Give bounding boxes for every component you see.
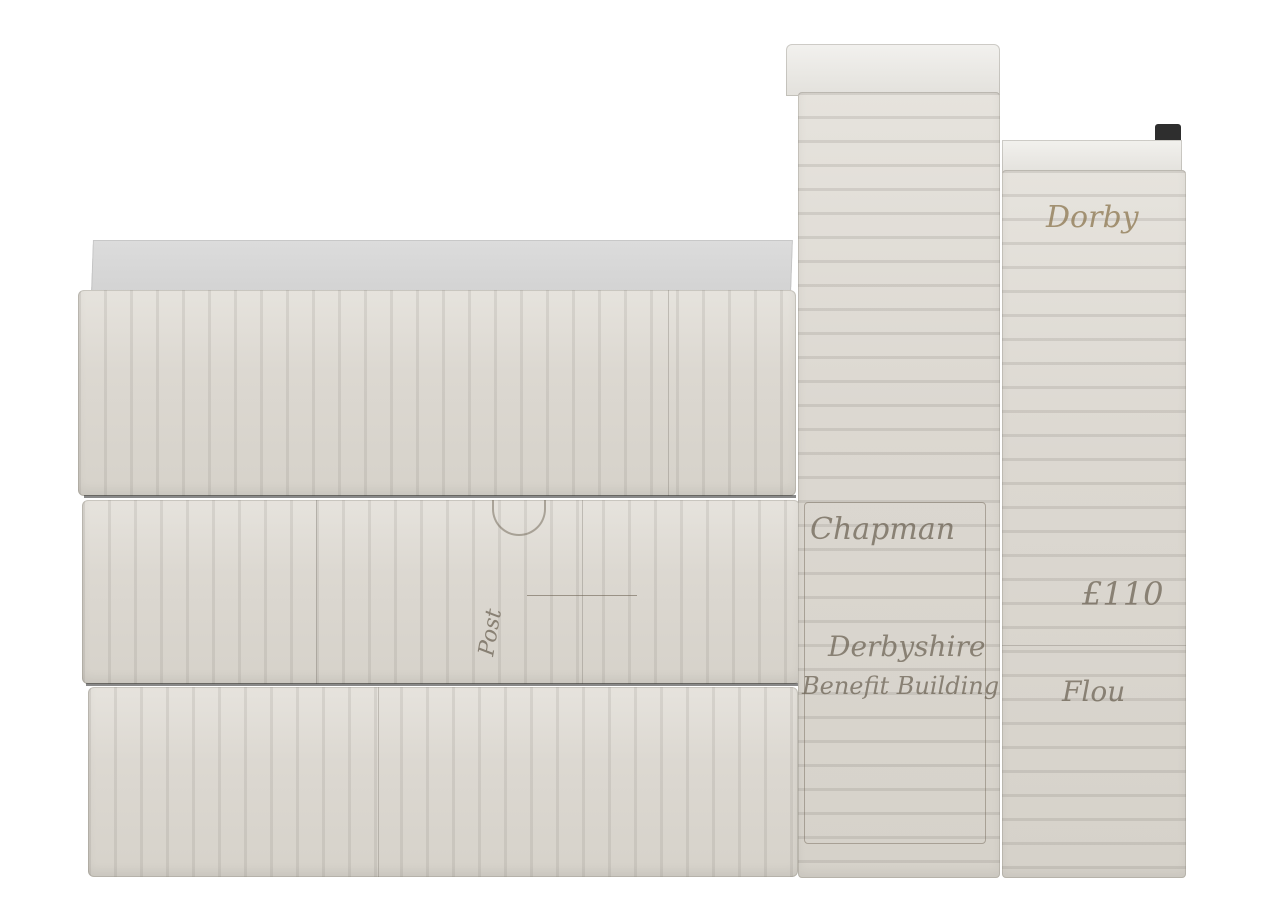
- script-amount: £110: [1082, 575, 1163, 613]
- handwriting-texture: [78, 290, 796, 496]
- paper-fold: [582, 500, 583, 684]
- script-flou: Flou: [1062, 675, 1125, 708]
- handwriting-texture: [88, 687, 798, 877]
- script-derbyshire: Derbyshire: [828, 630, 985, 663]
- tall-book-page-edge: [786, 44, 1000, 96]
- book-stack-top: [78, 290, 796, 496]
- book-gap-shadow: [84, 495, 796, 498]
- handwriting-texture: [1002, 170, 1186, 878]
- script-benefit-building: Benefit Building: [802, 672, 999, 700]
- paper-fold: [378, 687, 379, 877]
- cross-rule: [527, 595, 637, 596]
- book-upright-tall: Chapman Derbyshire Benefit Building: [798, 92, 1000, 878]
- book-gap-shadow: [86, 683, 798, 686]
- handwriting-texture: [82, 500, 800, 684]
- script-chapman: Chapman: [810, 512, 955, 547]
- script-dorby: Dorby: [1046, 200, 1139, 235]
- paper-fold: [668, 290, 669, 496]
- book-stack-middle: Post: [82, 500, 800, 684]
- book-stack-bottom: [88, 687, 798, 877]
- short-book-page-edge: [1002, 140, 1182, 174]
- paper-seam: [1002, 645, 1186, 646]
- top-book-top-face: [91, 240, 793, 292]
- book-upright-short: Dorby £110 Flou: [1002, 170, 1186, 878]
- paper-fold: [316, 500, 317, 684]
